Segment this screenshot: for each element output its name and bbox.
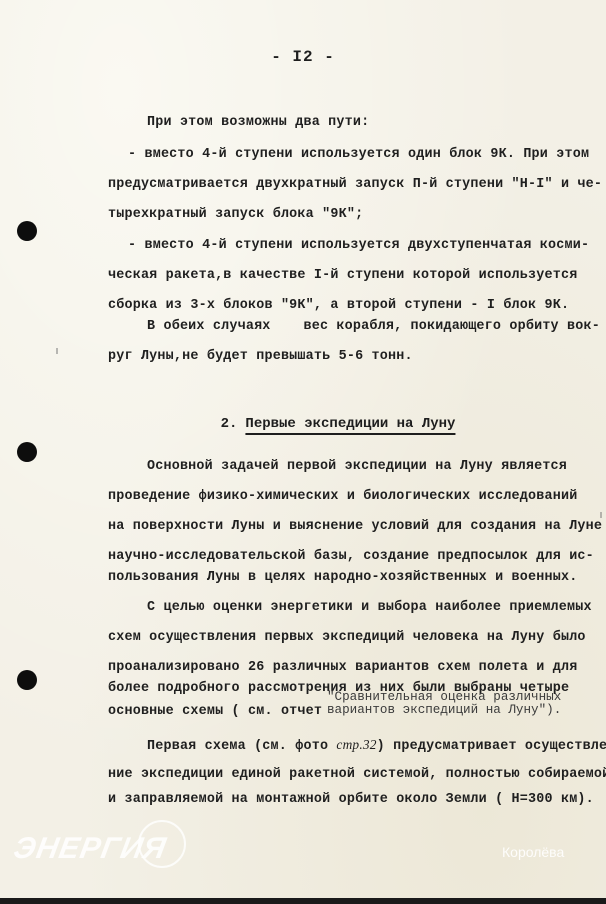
watermark-korolev: Королёва [502, 844, 564, 860]
option2-line: ческая ракета,в качестве I-й ступени кот… [108, 268, 577, 283]
punch-hole [17, 442, 37, 462]
section-title: Первые экспедиции на Луну [245, 416, 455, 432]
paper-speck [600, 512, 602, 518]
section-heading: 2.Первые экспедиции на Луну [187, 400, 455, 448]
energy-eval-line: основные схемы ( см. отчет [108, 704, 322, 719]
handwritten-page-ref: стр.32 [336, 737, 376, 752]
option2-line: - вместо 4-й ступени используется двухст… [128, 238, 589, 253]
punch-hole [17, 670, 37, 690]
first-scheme-text: Первая схема (см. фото [147, 739, 336, 754]
energy-eval-line: проанализировано 26 различных вариантов … [108, 660, 577, 675]
main-task-line: научно-исследовательской базы, создание … [108, 549, 594, 564]
page-number: - I2 - [0, 48, 606, 66]
option1-line: - вместо 4-й ступени используется один б… [128, 147, 589, 162]
report-title: "Сравнительная оценка различных варианто… [327, 691, 561, 717]
section-number: 2. [221, 416, 238, 432]
first-scheme-line: и заправляемой на монтажной орбите около… [108, 792, 594, 807]
watermark-ring-icon [138, 820, 186, 868]
main-task-line: проведение физико-химических и биологиче… [108, 489, 577, 504]
option1-line: тырехкратный запуск блока "9К"; [108, 207, 363, 222]
main-task-line: пользования Луны в целях народно-хозяйст… [108, 570, 577, 585]
document-page: - I2 - При этом возможны два пути: - вме… [0, 0, 606, 898]
option2-line: сборка из 3-х блоков "9К", а второй ступ… [108, 298, 569, 313]
main-task-line: Основной задачей первой экспедиции на Лу… [147, 459, 567, 474]
option1-line: предусматривается двухкратный запуск П-й… [108, 177, 602, 192]
both-cases-line: руг Луны,не будет превышать 5-6 тонн. [108, 349, 413, 364]
first-scheme-line: Первая схема (см. фото стр.32) предусмат… [147, 737, 606, 754]
first-scheme-line: ние экспедиции единой ракетной системой,… [108, 767, 606, 782]
scan-bottom-edge [0, 898, 606, 904]
report-title-line: вариантов экспедиций на Луну"). [327, 703, 561, 717]
first-scheme-text: ) предусматривает осуществле- [377, 739, 606, 754]
energy-eval-line: схем осуществления первых экспедиций чел… [108, 630, 586, 645]
report-title-line: "Сравнительная оценка различных [327, 690, 561, 704]
energy-eval-line: С целью оценки энергетики и выбора наибо… [147, 600, 592, 615]
main-task-line: на поверхности Луны и выяснение условий … [108, 519, 602, 534]
both-cases-line: В обеих случаях вес корабля, покидающего… [147, 319, 600, 334]
paragraph-intro: При этом возможны два пути: [147, 115, 369, 130]
paper-speck [56, 348, 58, 354]
punch-hole [17, 221, 37, 241]
